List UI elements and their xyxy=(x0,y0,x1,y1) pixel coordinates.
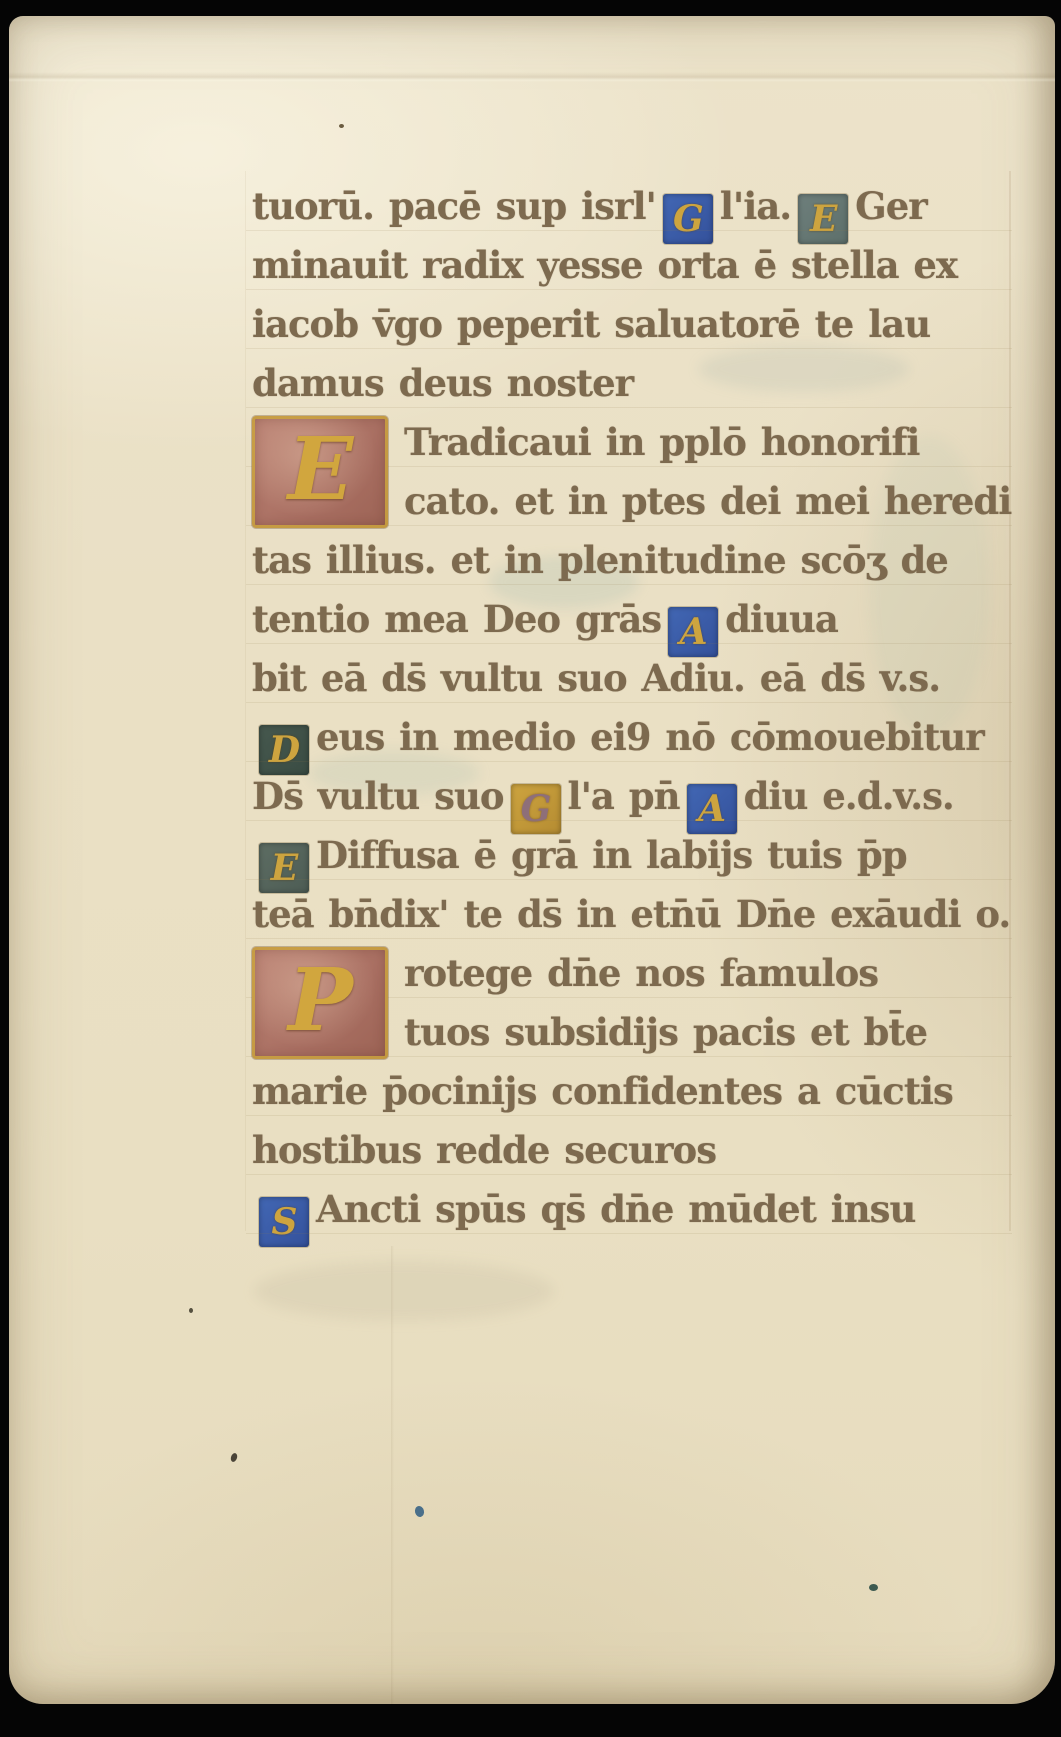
illuminated-initial-square: S xyxy=(259,1197,309,1247)
text-line: damus deus noster xyxy=(252,355,952,414)
parchment-crease xyxy=(9,72,1055,82)
text-line: ETradicaui in pplō honorifi xyxy=(252,414,952,473)
ruling-line-vertical xyxy=(1009,171,1011,1231)
gothic-text-segment: cato. et in ptes dei mei heredi xyxy=(404,479,1011,523)
illuminated-drop-cap: P xyxy=(252,947,388,1059)
text-line: iacob v̄go peperit saluatorē te lau xyxy=(252,296,952,355)
text-line: bit eā ds̄ vultu suo Adiu. eā ds̄ v.s. xyxy=(252,650,952,709)
text-line: marie p̄ocinijs confidentes a cūctis xyxy=(252,1063,952,1122)
gothic-text-segment: Diffusa ē grā in labijs tuis p̄p xyxy=(316,833,907,877)
gothic-text-segment: Ds̄ vultu suo xyxy=(252,774,504,818)
text-line: hostibus redde securos xyxy=(252,1122,952,1181)
gothic-text-segment: eus in medio ei9 nō cōmouebitur xyxy=(316,715,984,759)
gothic-text-segment: Tradicaui in pplō honorifi xyxy=(404,420,919,464)
text-line: tuorū. pacē sup isrl'Gl'ia.EGer xyxy=(252,178,952,237)
ink-speck xyxy=(339,124,344,128)
gothic-text-segment: Ancti spūs qs̄ dn̄e mūdet insu xyxy=(316,1187,915,1231)
gothic-text-segment: l'a pn̄ xyxy=(568,774,680,818)
parchment-page: tuorū. pacē sup isrl'Gl'ia.EGerminauit r… xyxy=(9,16,1055,1704)
gothic-text-segment: diuua xyxy=(725,597,838,641)
gothic-text-segment: bit eā ds̄ vultu suo Adiu. eā ds̄ v.s. xyxy=(252,656,940,700)
text-line: SAncti spūs qs̄ dn̄e mūdet insu xyxy=(252,1181,952,1240)
ruling-line-vertical xyxy=(245,171,246,1231)
gothic-text-segment: iacob v̄go peperit saluatorē te lau xyxy=(252,302,930,346)
gothic-text-segment: rotege dn̄e nos famulos xyxy=(404,951,878,995)
gothic-text-segment: tuorū. pacē sup isrl' xyxy=(252,184,656,228)
gothic-text-segment: Ger xyxy=(855,184,927,228)
parchment-fold xyxy=(391,1246,394,1704)
text-line: tas illius. et in plenitudine scōʒ de xyxy=(252,532,952,591)
gothic-text-segment: diu e.d.v.s. xyxy=(744,774,954,818)
gothic-text-segment: teā bn̄dix' te ds̄ in etn̄ū Dn̄e exāudi … xyxy=(252,892,1010,936)
ink-speck xyxy=(869,1584,878,1591)
text-line: Protege dn̄e nos famulos xyxy=(252,945,952,1004)
gothic-text-segment: tuos subsidijs pacis et bt̄e xyxy=(404,1010,927,1054)
gothic-text-segment: minauit radix yesse orta ē stella ex xyxy=(252,243,957,287)
gothic-text-segment: hostibus redde securos xyxy=(252,1128,716,1172)
text-line: EDiffusa ē grā in labijs tuis p̄p xyxy=(252,827,952,886)
ink-speck xyxy=(414,1505,426,1518)
bleedthrough-smudge xyxy=(254,1261,554,1321)
ink-speck xyxy=(189,1308,193,1313)
gothic-text-segment: tas illius. et in plenitudine scōʒ de xyxy=(252,538,948,582)
text-line: minauit radix yesse orta ē stella ex xyxy=(252,237,952,296)
gothic-text-segment: tentio mea Deo grās xyxy=(252,597,661,641)
text-line: Deus in medio ei9 nō cōmouebitur xyxy=(252,709,952,768)
text-line: teā bn̄dix' te ds̄ in etn̄ū Dn̄e exāudi … xyxy=(252,886,952,945)
gothic-text-segment: marie p̄ocinijs confidentes a cūctis xyxy=(252,1069,953,1113)
ink-speck xyxy=(230,1452,239,1463)
text-line: tentio mea Deo grāsAdiuua xyxy=(252,591,952,650)
gothic-text-segment: damus deus noster xyxy=(252,361,633,405)
illuminated-drop-cap: E xyxy=(252,416,388,528)
text-block: tuorū. pacē sup isrl'Gl'ia.EGerminauit r… xyxy=(252,178,952,1240)
text-line: Ds̄ vultu suoGl'a pn̄Adiu e.d.v.s. xyxy=(252,768,952,827)
gothic-text-segment: l'ia. xyxy=(720,184,791,228)
